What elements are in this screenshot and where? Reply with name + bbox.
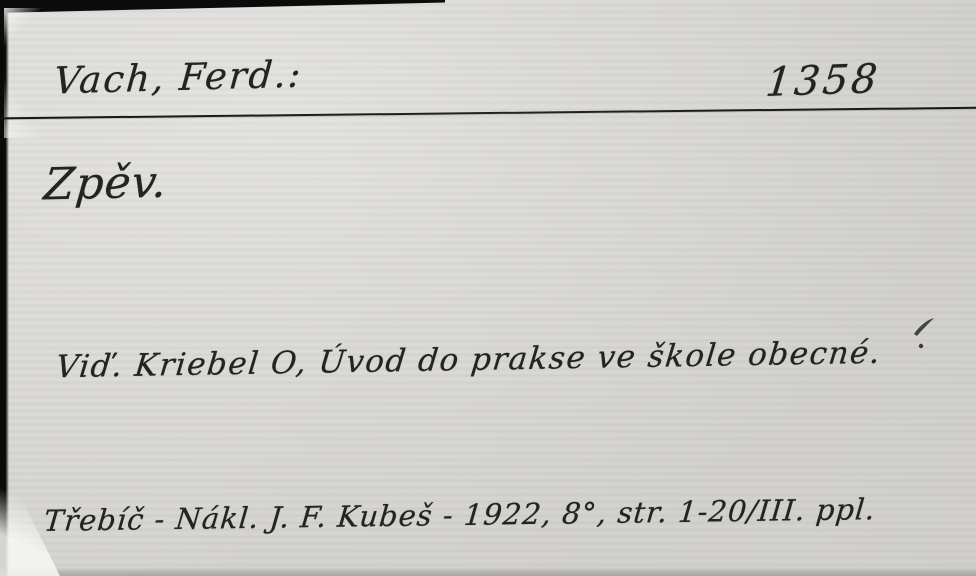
imprint-line: Třebíč - Nákl. J. F. Kubeš - 1922, 8°, s… <box>42 492 877 538</box>
scan-edge-bottom <box>0 567 976 576</box>
reference-note: Viď. Kriebel O, Úvod do prakse ve škole … <box>54 335 883 385</box>
scan-edge-top <box>0 0 445 14</box>
card-number: 1358 <box>764 56 883 106</box>
catalog-card-scan: Vach, Ferd.: 1358 Zpěv. Viď. Kriebel O, … <box>0 0 976 576</box>
ink-stray-mark <box>908 312 944 354</box>
subject-title: Zpěv. <box>42 157 170 211</box>
ruled-line <box>0 107 976 120</box>
author-heading: Vach, Ferd.: <box>52 52 304 102</box>
